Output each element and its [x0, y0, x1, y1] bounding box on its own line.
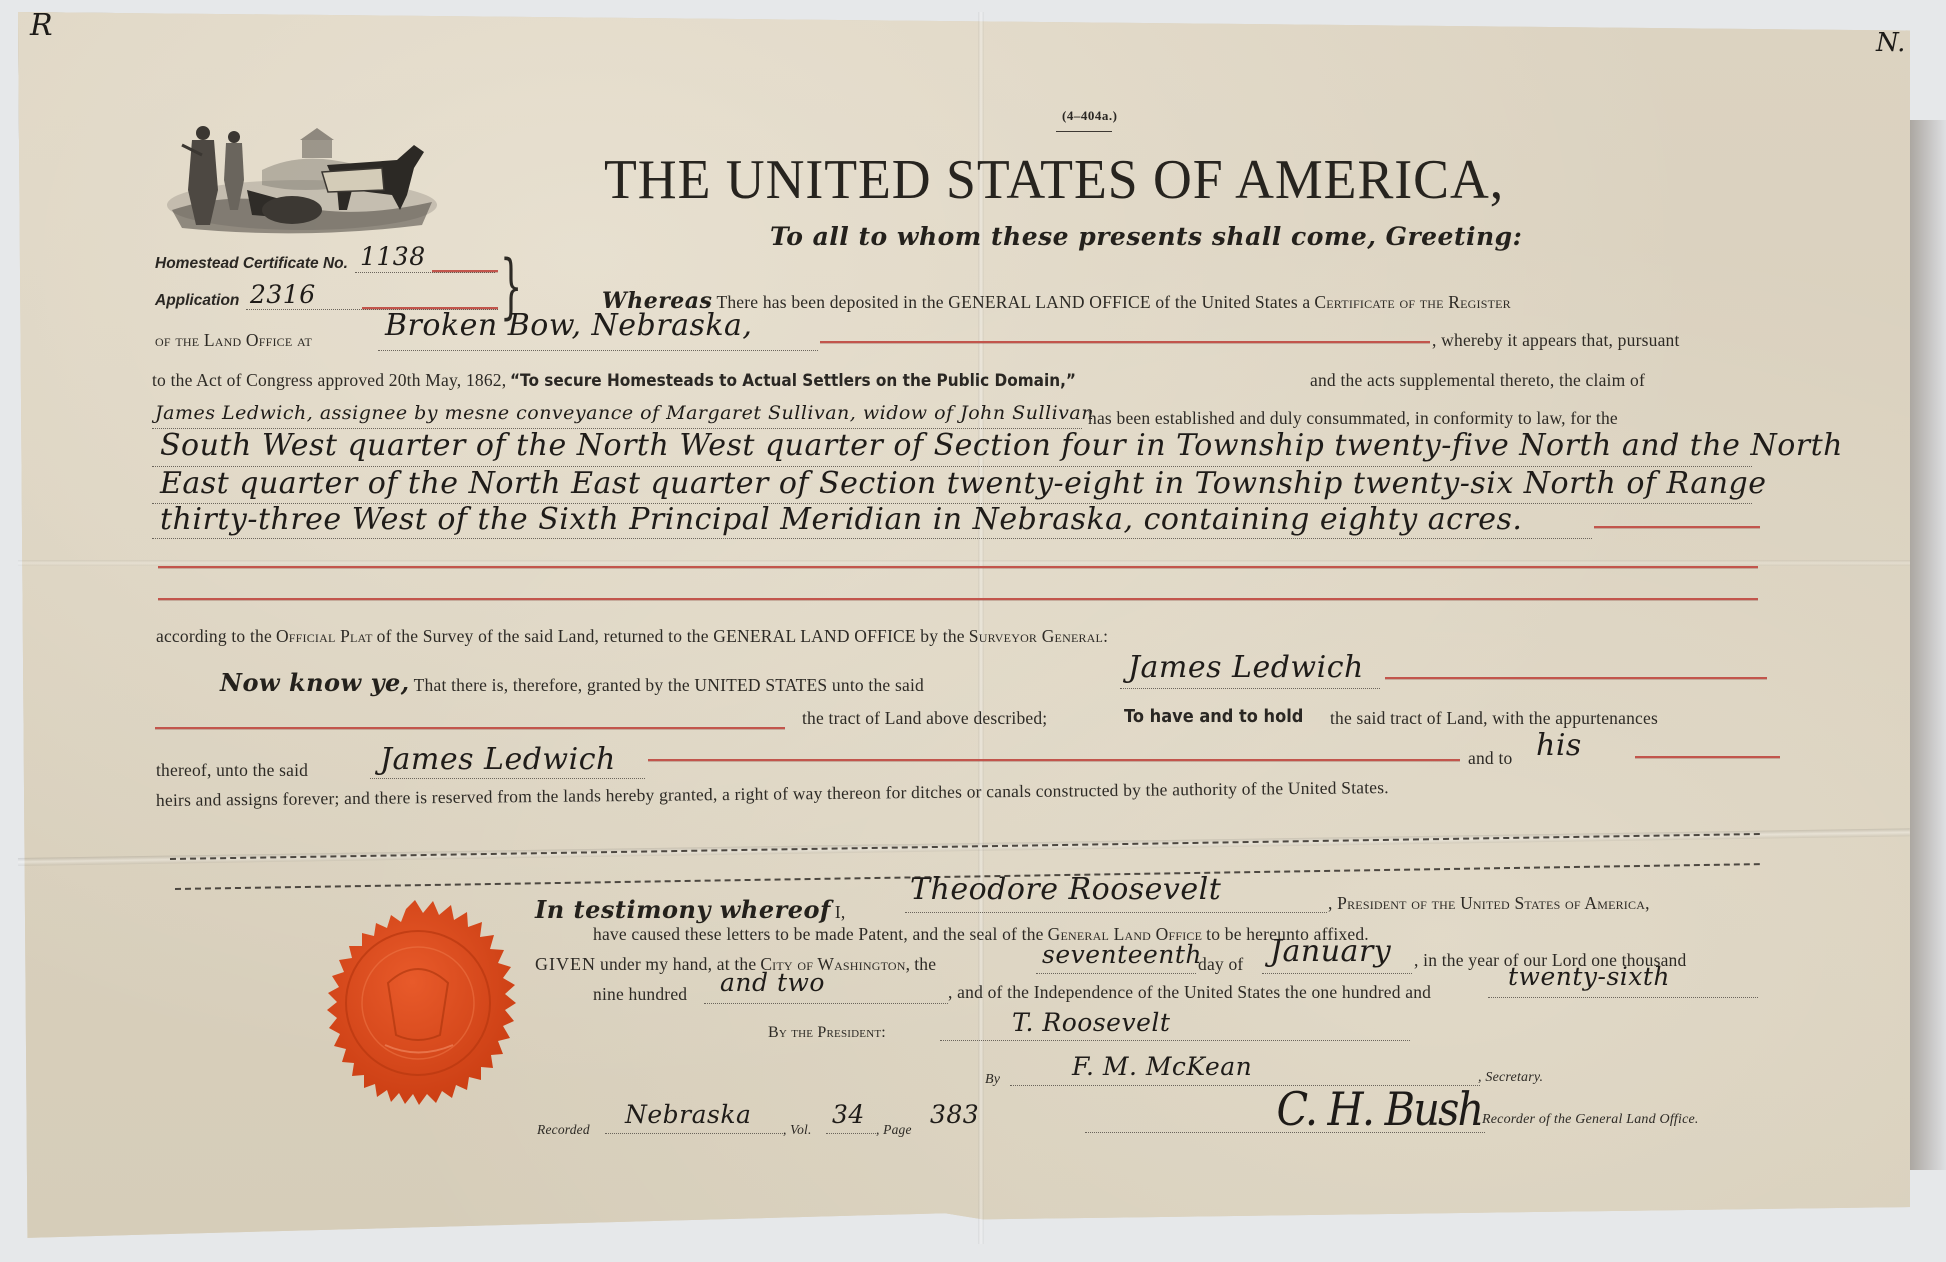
blank-red-line-1: [158, 566, 1758, 568]
plat-line: according to the Official Plat of the Su…: [156, 626, 1108, 647]
by-the-president-label: By the President:: [768, 1024, 886, 1042]
independence-dotted-line: [1488, 997, 1758, 998]
form-number-rule: [1056, 131, 1112, 132]
blank-red-line-2: [158, 598, 1758, 600]
grant-line: Now know ye, That there is, therefore, g…: [220, 668, 924, 697]
testimony-line: In testimony whereof I,: [535, 895, 846, 924]
certificate-red-line: [432, 270, 498, 272]
plat-text-b: of the Survey of the said Land, returned…: [377, 626, 965, 646]
thereof-text: thereof, unto the said: [156, 760, 308, 781]
application-number: 2316: [250, 280, 316, 309]
pronoun-red-line: [1635, 756, 1780, 758]
nine-hundred-text: nine hundred: [593, 984, 687, 1005]
official-plat: Official Plat: [276, 626, 373, 646]
day-of-text: day of: [1198, 954, 1243, 975]
claimant-description: James Ledwich, assignee by mesne conveya…: [155, 402, 1094, 424]
president-title: , President of the United States of Amer…: [1328, 893, 1650, 914]
general-land-office-seal-icon: [285, 895, 545, 1145]
land-office-label: of the Land Office at: [155, 330, 312, 351]
president-signature: T. Roosevelt: [1012, 1008, 1170, 1037]
margin-mark-right: N.: [1876, 28, 1905, 58]
in-testimony-whereof: In testimony whereof: [535, 895, 831, 924]
president-name: Theodore Roosevelt: [910, 872, 1221, 907]
certificate-label: Homestead Certificate No.: [155, 255, 348, 273]
now-know-ye: Now know ye,: [220, 668, 410, 697]
farm-scene-vignette-icon: [152, 110, 442, 240]
given-the: the: [914, 954, 936, 974]
vol-label: , Vol.: [783, 1122, 812, 1138]
testimony-i: I,: [835, 902, 846, 922]
grant-text: That there is, therefore, granted by the…: [414, 675, 924, 695]
certificate-of-register: Certificate of the Register: [1314, 292, 1510, 312]
secretary-signature: F. M. McKean: [1072, 1052, 1252, 1081]
certificate-dotted-line: [355, 272, 495, 273]
margin-mark-left: R: [30, 8, 53, 43]
plat-text-a: according to the: [156, 626, 272, 646]
land-office-red-line: [820, 341, 1430, 343]
month-dotted-line: [1262, 973, 1412, 974]
legal-red-line-3: [1594, 526, 1760, 528]
grantee-2-red-line: [648, 759, 1460, 761]
independence-text: , and of the Independence of the United …: [948, 982, 1431, 1003]
and-to-text: and to: [1468, 748, 1512, 769]
day-dotted-line: [1036, 973, 1196, 974]
land-office-name: Broken Bow, Nebraska,: [385, 308, 752, 343]
caused-text-a: have caused these letters to be made Pat…: [593, 924, 1044, 944]
act-line: to the Act of Congress approved 20th May…: [152, 370, 1139, 391]
pronoun-his: his: [1536, 728, 1582, 763]
certificate-number: 1138: [360, 242, 426, 271]
recorded-state: Nebraska: [625, 1100, 751, 1129]
legal-description-line-3: thirty-three West of the Sixth Principal…: [160, 502, 1522, 537]
application-label: Application: [155, 292, 239, 310]
tract-red-line: [155, 727, 785, 729]
independence-year-value: twenty-sixth: [1508, 962, 1670, 991]
act-text-start: to the Act of Congress approved 20th May…: [152, 370, 506, 390]
form-number: (4–404a.): [1062, 108, 1117, 124]
grantee-2-dotted-line: [370, 778, 645, 779]
act-text-end: and the acts supplemental thereto, the c…: [1310, 370, 1645, 391]
grantee-1-dotted-line: [1120, 688, 1380, 689]
land-office-dotted-line: [378, 350, 818, 351]
whereas-text: There has been deposited in the GENERAL …: [716, 292, 1310, 312]
consummated-text: has been established and duly consummate…: [1088, 408, 1618, 429]
recorder-label: Recorder of the General Land Office.: [1482, 1112, 1699, 1128]
grantee-1-red-line: [1385, 677, 1767, 679]
page-label: , Page: [876, 1122, 912, 1138]
year-dotted-line: [704, 1003, 948, 1004]
whereby-text: , whereby it appears that, pursuant: [1432, 330, 1680, 351]
year-words-value: and two: [720, 968, 825, 997]
grantee-name-1: James Ledwich: [1128, 650, 1364, 685]
document-title: THE UNITED STATES OF AMERICA,: [604, 148, 1504, 212]
legal-dotted-line-3: [152, 538, 1592, 539]
month-value: January: [1270, 934, 1391, 969]
to-have-and-to-hold: To have and to hold: [1124, 706, 1303, 727]
day-value: seventeenth: [1042, 940, 1202, 969]
act-title: “To secure Homesteads to Actual Settlers…: [510, 371, 1076, 391]
tract-text: the tract of Land above described;: [802, 708, 1047, 729]
legal-description-line-1: South West quarter of the North West qua…: [160, 428, 1843, 463]
appurtenances-text: the said tract of Land, with the appurte…: [1330, 708, 1658, 729]
by-label: By: [985, 1072, 1000, 1088]
president-dotted-line: [905, 912, 1327, 913]
surveyor-general: Surveyor General:: [969, 626, 1108, 646]
caused-line: have caused these letters to be made Pat…: [593, 924, 1369, 945]
greeting-line: To all to whom these presents shall come…: [770, 222, 1522, 251]
vol-line: [826, 1133, 876, 1134]
page-value: 383: [930, 1100, 979, 1129]
recorded-state-line: [605, 1133, 785, 1134]
president-signature-line: [940, 1040, 1410, 1041]
recorder-signature-line: [1085, 1132, 1485, 1133]
recorder-signature: C. H. Bush: [1276, 1082, 1482, 1136]
secretary-label: , Secretary.: [1478, 1070, 1543, 1086]
legal-description-line-2: East quarter of the North East quarter o…: [160, 466, 1767, 501]
grantee-name-2: James Ledwich: [380, 742, 616, 777]
vol-value: 34: [832, 1100, 865, 1129]
